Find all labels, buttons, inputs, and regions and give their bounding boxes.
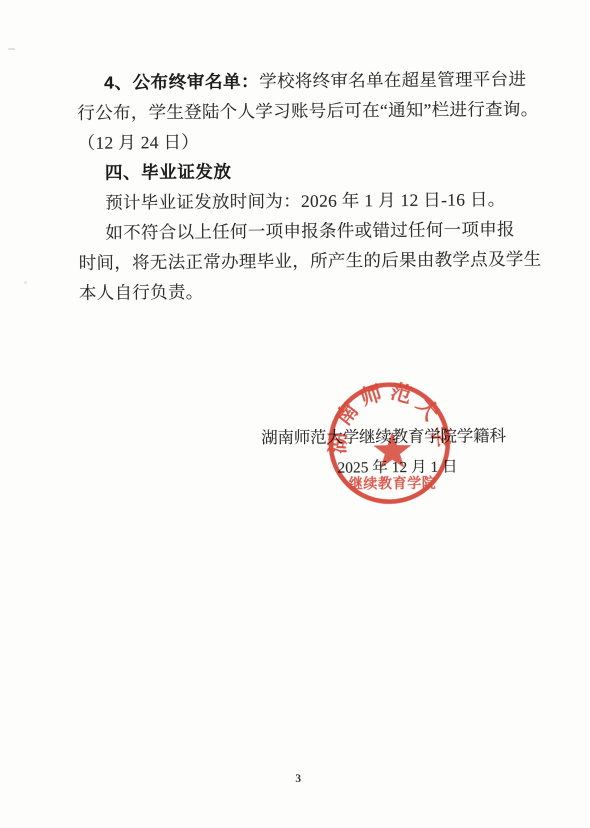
text-line: 时间，将无法正常办理毕业，所产生的后果由教学点及学生: [79, 244, 515, 278]
document-lines: 4、公布终审名单：学校将终审名单在超星管理平台进行公布，学生登陆个人学习账号后可…: [77, 64, 515, 308]
text-segment-bold: 4、公布终审名单：: [104, 71, 259, 92]
scan-artifact-speck: [8, 48, 15, 50]
page-content: 4、公布终审名单：学校将终审名单在超星管理平台进行公布，学生登陆个人学习账号后可…: [0, 0, 590, 828]
text-segment: （12 月 24 日）: [78, 132, 200, 153]
scanned-document-page: 4、公布终审名单：学校将终审名单在超星管理平台进行公布，学生登陆个人学习账号后可…: [0, 0, 590, 828]
official-seal-stamp-icon: 湖南师范大学 继续教育学院: [318, 372, 461, 515]
text-line: 4、公布终审名单：学校将终审名单在超星管理平台进: [77, 64, 513, 98]
text-segment: 时间，将无法正常办理毕业，所产生的后果由教学点及学生: [79, 249, 542, 273]
text-line: 本人自行负责。: [79, 274, 515, 308]
text-segment: 本人自行负责。: [79, 282, 204, 303]
text-line: 如不符合以上任何一项申报条件或错过任何一项申报: [78, 214, 514, 248]
text-line: 预计毕业证发放时间为：2026 年 1 月 12 日-16 日。: [78, 184, 514, 218]
text-line: 行公布，学生登陆个人学习账号后可在“通知”栏进行查询。: [77, 94, 513, 128]
text-line: 四、毕业证发放: [78, 154, 514, 188]
text-segment: 学校将终审名单在超星管理平台进: [259, 69, 526, 91]
text-segment: 预计毕业证发放时间为：2026 年 1 月 12 日-16 日。: [105, 189, 506, 212]
scan-artifact-speck: [24, 281, 27, 284]
seal-bottom-text: 继续教育学院: [349, 475, 437, 493]
text-segment: 如不符合以上任何一项申报条件或错过任何一项申报: [105, 219, 515, 243]
text-segment-bold: 四、毕业证发放: [105, 162, 232, 183]
seal-star-icon: [373, 431, 411, 468]
text-line: （12 月 24 日）: [77, 124, 513, 158]
text-segment: 行公布，学生登陆个人学习账号后可在“通知”栏进行查询。: [77, 99, 538, 123]
page-number: 3: [3, 770, 590, 787]
